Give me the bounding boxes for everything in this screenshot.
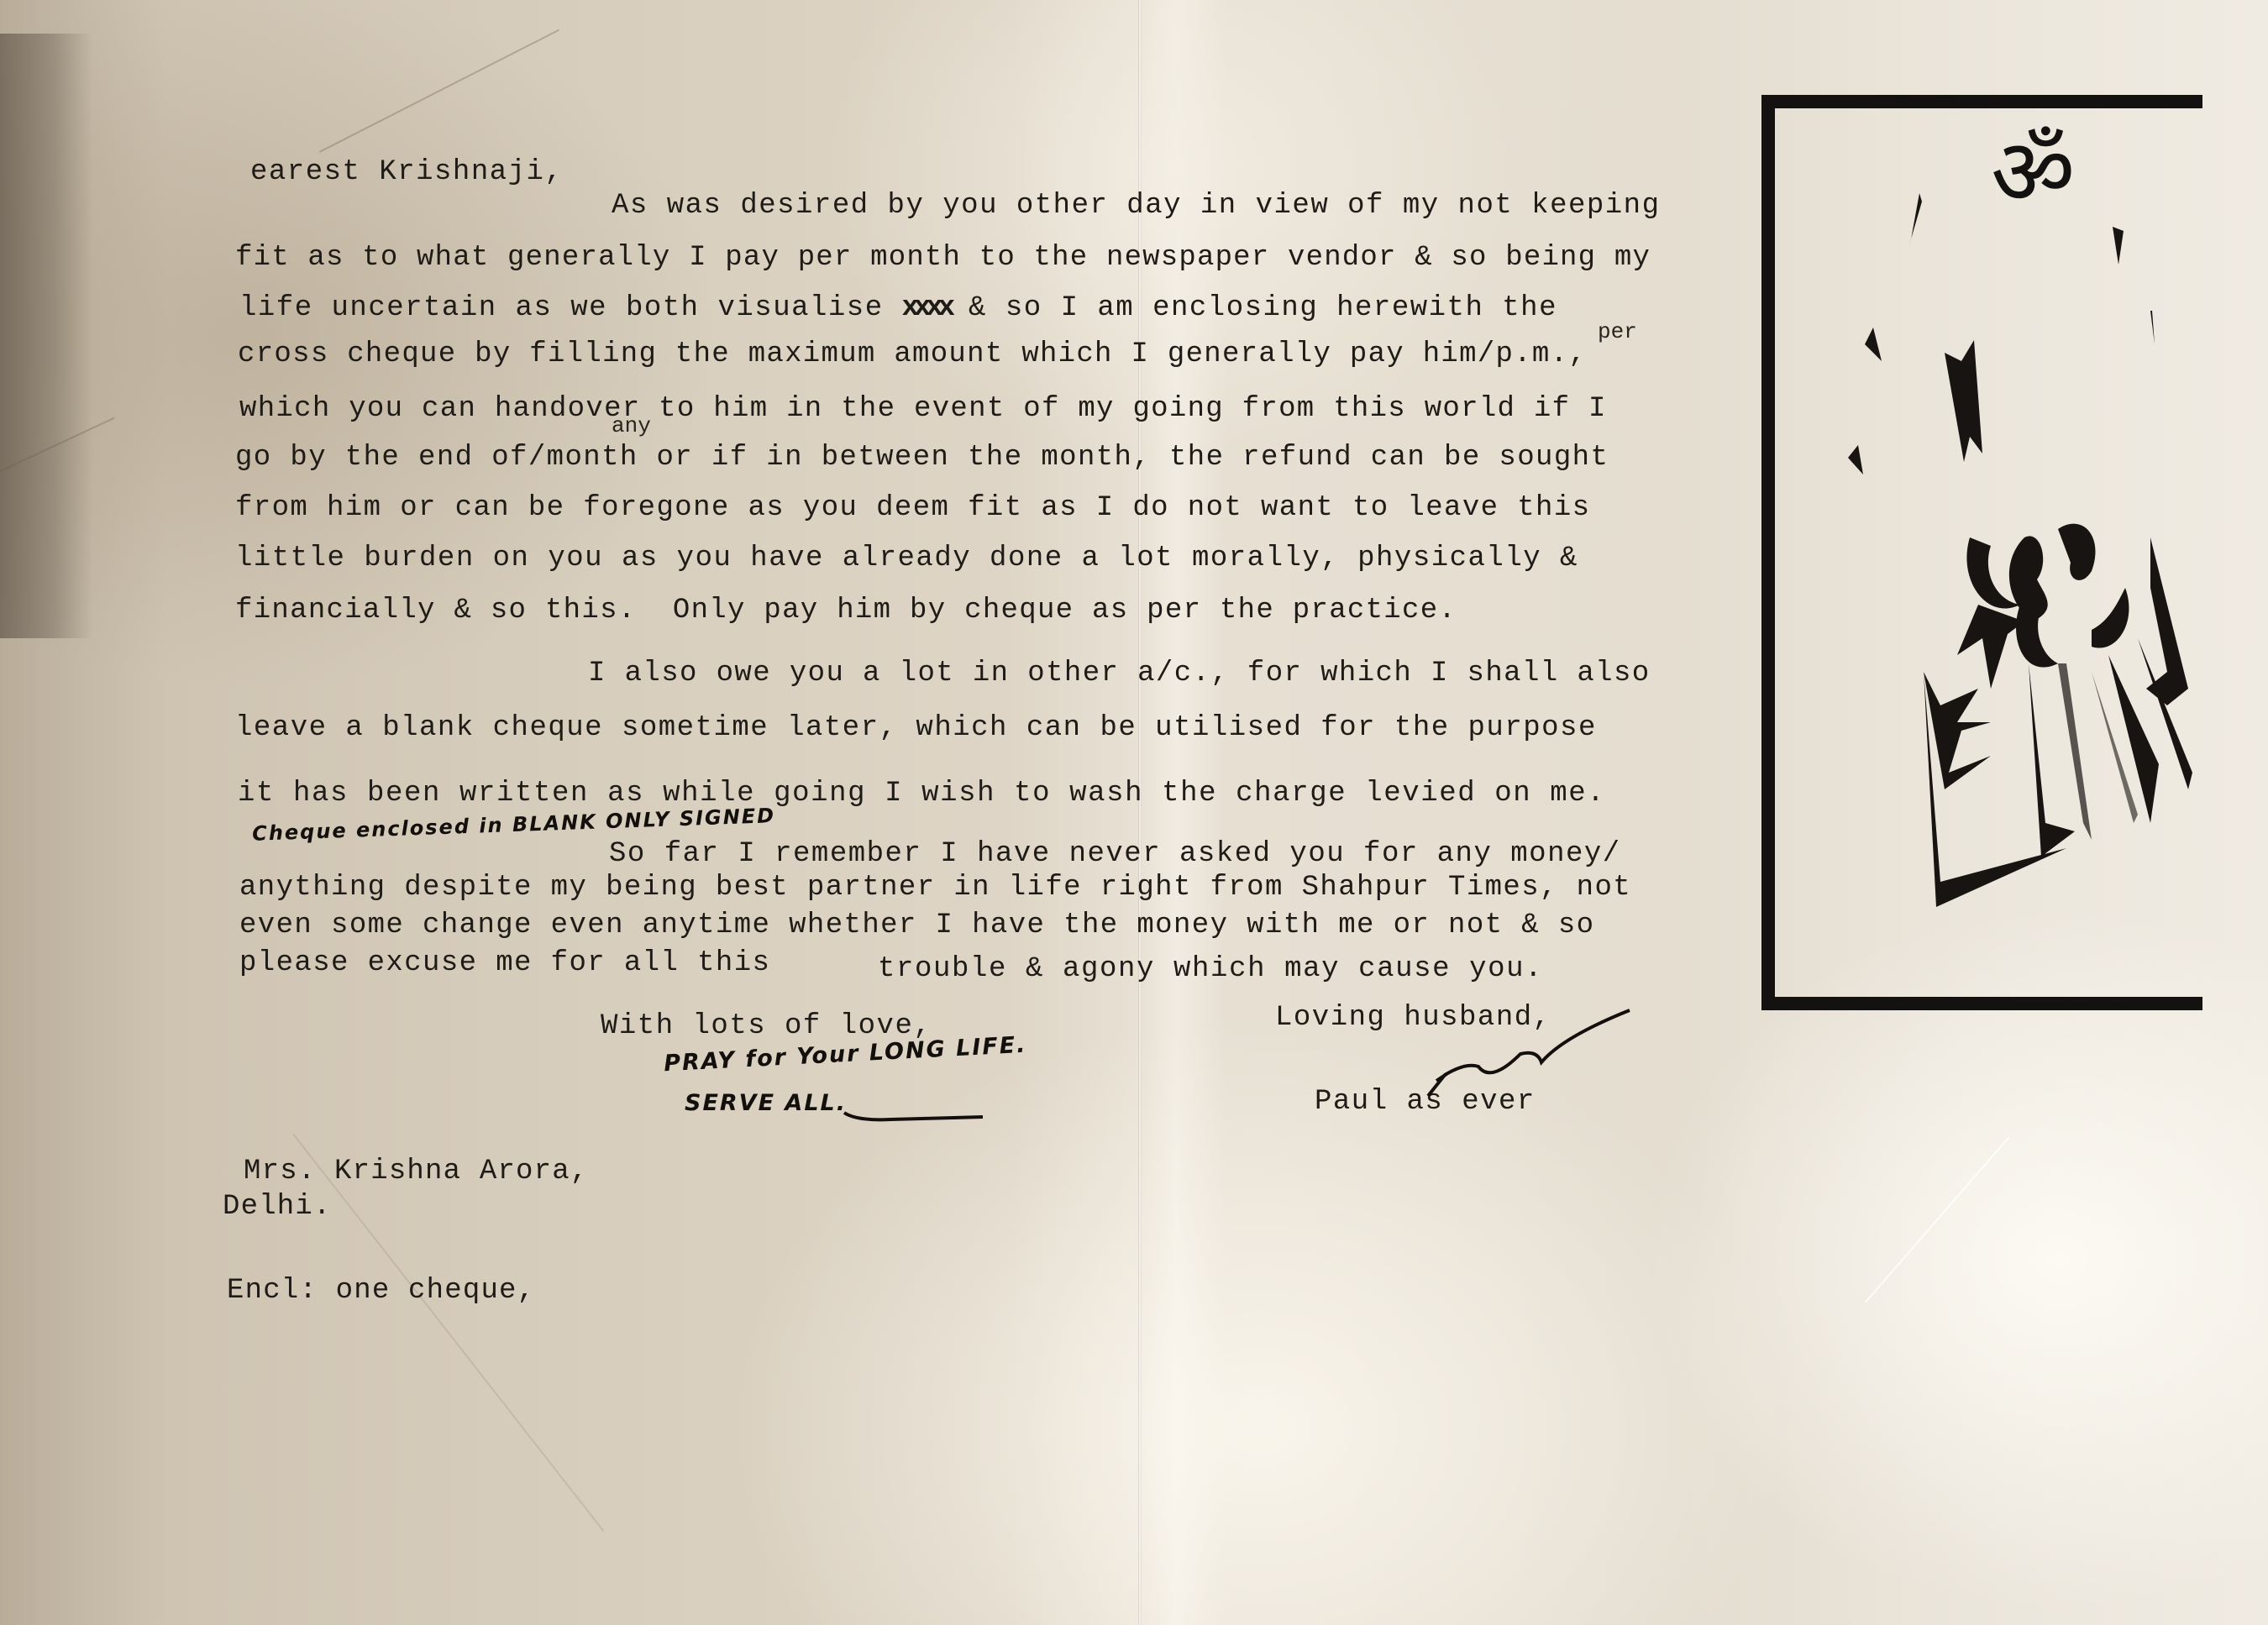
- body-line: even some change even anytime whether I …: [239, 911, 1594, 940]
- deity-woodcut-icon: [1814, 185, 2201, 957]
- body-line: life uncertain as we both visualise xxxx…: [239, 294, 1557, 322]
- body-line: which you can handover to him in the eve…: [239, 395, 1607, 423]
- body-line: go by the end of/month or if in between …: [235, 443, 1609, 472]
- recipient-city: Delhi.: [223, 1193, 332, 1221]
- body-line: cross cheque by filling the maximum amou…: [238, 340, 1587, 369]
- body-line: fit as to what generally I pay per month…: [235, 244, 1651, 272]
- body-line: it has been written as while going I wis…: [238, 779, 1605, 808]
- body-line: trouble & agony which may cause you.: [878, 955, 1543, 983]
- inserted-word: per: [1598, 319, 1637, 344]
- handwritten-blessing: SERVE ALL.: [685, 1090, 847, 1116]
- inserted-word: any: [612, 413, 651, 438]
- struck-out-word: xxxx: [902, 292, 951, 324]
- body-line: please excuse me for all this: [239, 949, 770, 978]
- recipient-name: Mrs. Krishna Arora,: [244, 1157, 588, 1186]
- closing-left: With lots of love,: [601, 1012, 932, 1041]
- body-line: from him or can be foregone as you deem …: [235, 494, 1590, 522]
- body-line: anything despite my being best partner i…: [239, 873, 1631, 902]
- underline-stroke: [840, 1092, 1008, 1125]
- body-line: So far I remember I have never asked you…: [609, 840, 1621, 868]
- enclosure-note: Encl: one cheque,: [227, 1276, 535, 1305]
- body-line: As was desired by you other day in view …: [612, 191, 1661, 220]
- body-line: leave a blank cheque sometime later, whi…: [235, 714, 1597, 742]
- body-line: financially & so this. Only pay him by c…: [235, 596, 1457, 625]
- body-line: little burden on you as you have already…: [235, 544, 1578, 573]
- edge-shadow: [0, 34, 92, 638]
- signature-stroke: [1420, 1004, 1638, 1104]
- salutation: earest Krishnaji,: [250, 158, 563, 186]
- body-line: I also owe you a lot in other a/c., for …: [588, 659, 1651, 688]
